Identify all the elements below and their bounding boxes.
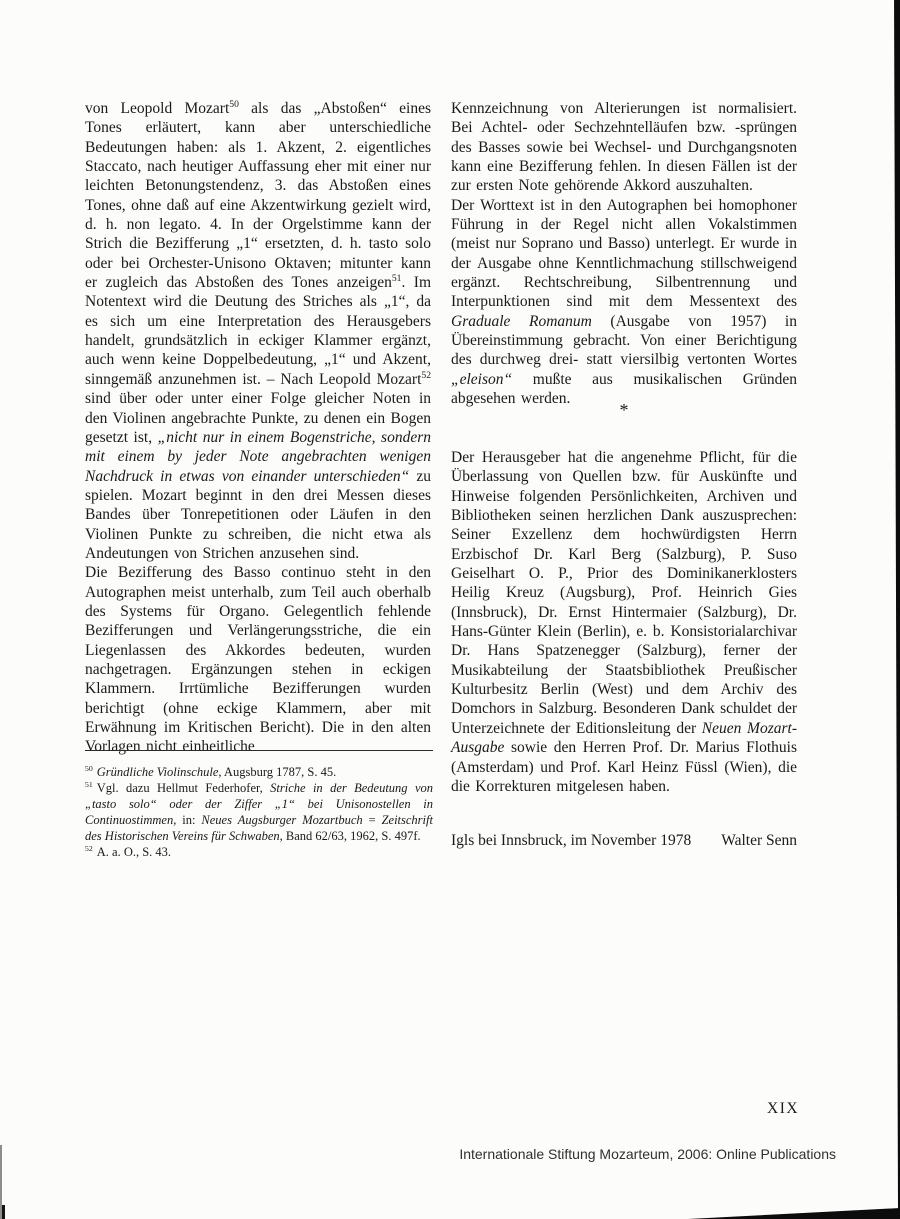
footnote: 52A. a. O., S. 43.	[85, 844, 433, 860]
paragraph: Kennzeichnung von Alterierungen ist norm…	[451, 99, 797, 196]
footer-publication-note: Internationale Stiftung Mozarteum, 2006:…	[459, 1146, 836, 1162]
footnote: 51Vgl. dazu Hellmut Federhofer, Striche …	[85, 780, 433, 844]
scanned-page: { "left_column": { "paragraph_1": [ {"t"…	[0, 0, 900, 1219]
right-column-top: Kennzeichnung von Alterierungen ist norm…	[451, 99, 797, 409]
footnote-text: A. a. O., S. 43.	[97, 845, 171, 859]
right-column-bottom: Der Herausgeber hat die angenehme Pflich…	[451, 448, 797, 796]
footnote-block: 50Gründliche Violinschule, Augsburg 1787…	[85, 750, 433, 860]
scan-artifact-left-edge	[0, 1145, 2, 1219]
dateline: Igls bei Innsbruck, im November 1978	[451, 832, 691, 850]
paragraph: Der Worttext ist in den Autographen bei …	[451, 196, 797, 409]
page-number: XIX	[767, 1100, 799, 1118]
signature: Walter Senn	[721, 832, 797, 850]
left-column: von Leopold Mozart50 als das „Abstoßen“ …	[85, 99, 431, 757]
paragraph: von Leopold Mozart50 als das „Abstoßen“ …	[85, 99, 431, 563]
footnote-number: 51	[85, 780, 93, 789]
footnote-number: 52	[85, 844, 93, 853]
footnote-number: 50	[85, 764, 93, 773]
paragraph: Der Herausgeber hat die angenehme Pflich…	[451, 448, 797, 796]
scan-artifact-right-edge	[893, 0, 900, 1219]
dateline-row: Igls bei Innsbruck, im November 1978 Wal…	[451, 832, 797, 850]
footnote: 50Gründliche Violinschule, Augsburg 1787…	[85, 764, 433, 780]
paragraph: Die Bezifferung des Basso continuo steht…	[85, 563, 431, 756]
scan-artifact-bottom-right	[688, 1208, 900, 1219]
section-separator-asterisk: *	[451, 400, 797, 421]
footnote-text: Gründliche Violinschule, Augsburg 1787, …	[97, 765, 336, 779]
footnote-text: Vgl. dazu Hellmut Federhofer, Striche in…	[85, 781, 433, 843]
